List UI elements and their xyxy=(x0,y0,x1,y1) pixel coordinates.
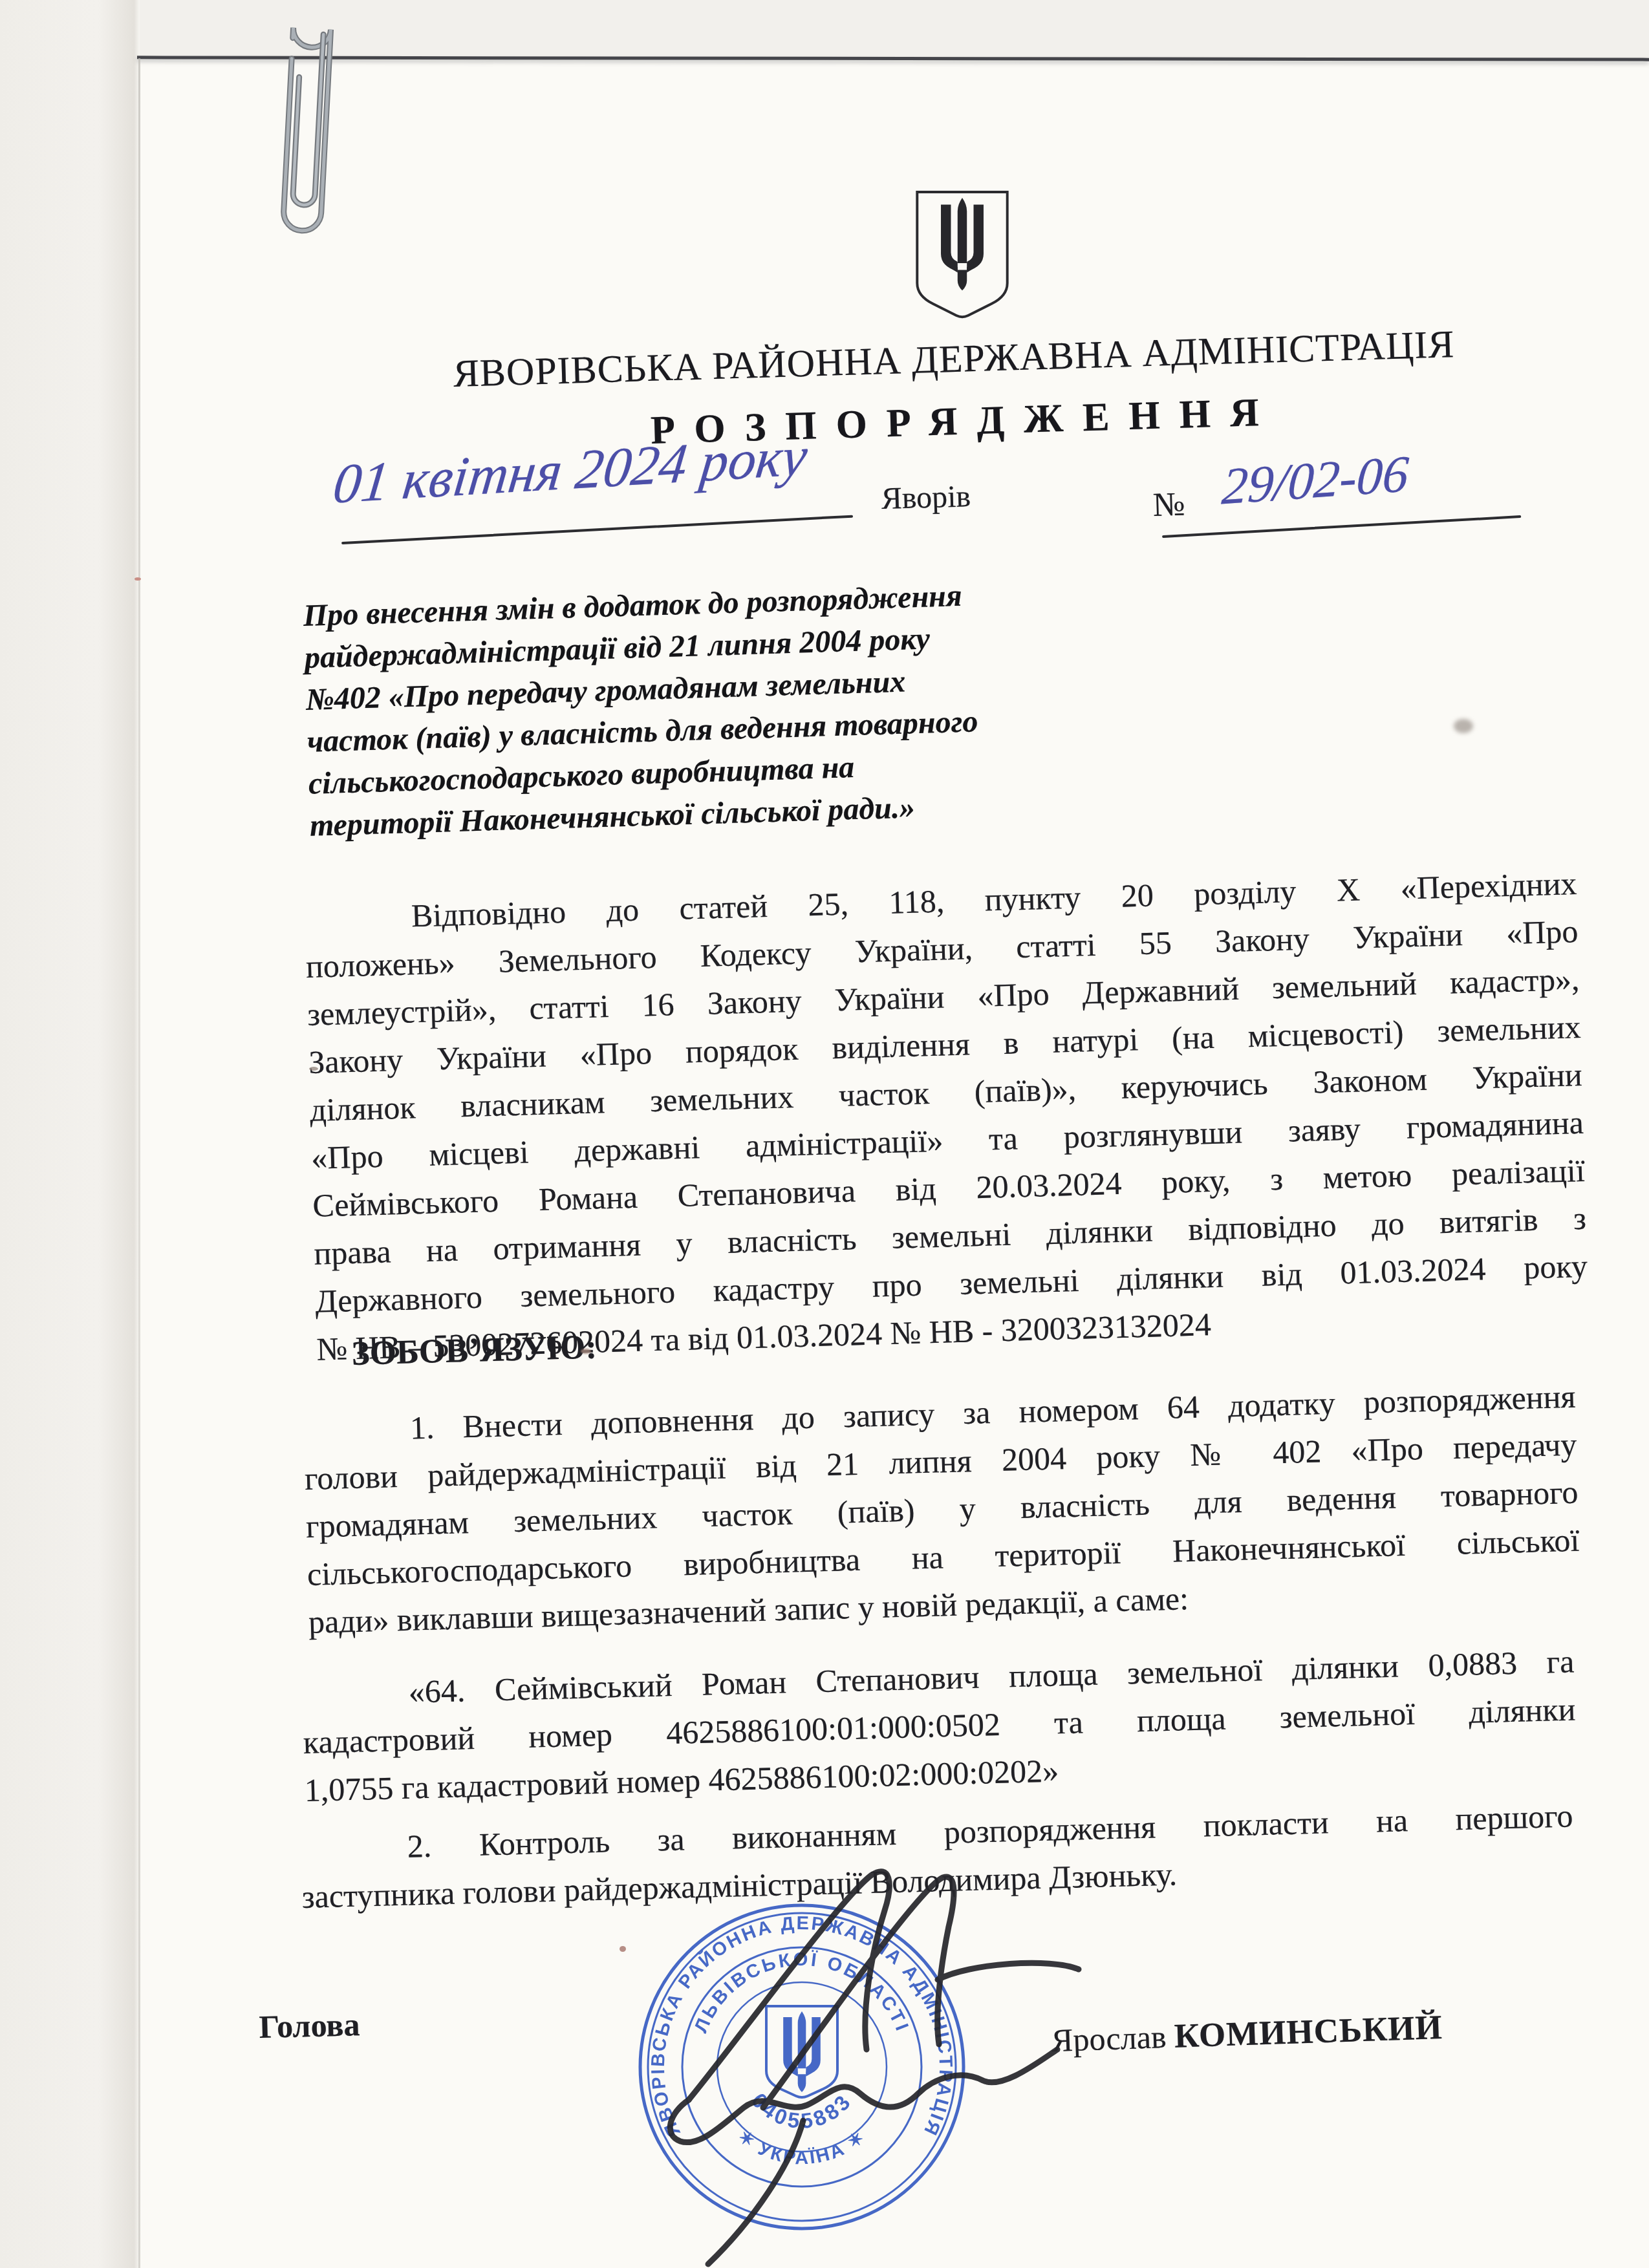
handwritten-number: 29/02-06 xyxy=(1220,445,1411,517)
scanned-document: { "document": { "org_name": "ЯВОРІВСЬКА … xyxy=(0,0,1649,2268)
city-label: Яворів xyxy=(881,478,971,517)
signatory-last-name: КОМИНСЬКИЙ xyxy=(1174,2009,1443,2055)
handwritten-date: 01 квітня 2024 року xyxy=(330,423,810,517)
scanner-background-top xyxy=(0,0,1649,58)
oblige-word: ЗОБОВ’ЯЗУЮ: xyxy=(351,1327,598,1373)
intro-paragraph: Відповідно до статей 25, 118, пункту 20 … xyxy=(304,859,1590,1373)
number-underline xyxy=(1162,515,1521,538)
subject-heading: Про внесення змін в додаток до розпорядж… xyxy=(303,571,1099,847)
scan-speck xyxy=(1454,719,1473,733)
scan-speck xyxy=(620,1946,626,1952)
scan-speck xyxy=(581,1349,591,1354)
signatory-title: Голова xyxy=(259,2006,360,2046)
paragraph-1: 1. Внести доповнення до запису за номеро… xyxy=(303,1373,1581,1646)
page-left-edge xyxy=(138,58,140,2268)
date-underline xyxy=(341,515,853,544)
scan-speck xyxy=(309,1067,318,1071)
scan-speck xyxy=(135,577,141,581)
signature-ink xyxy=(634,1836,1125,2268)
number-label: № xyxy=(1152,486,1185,524)
paragraph-64-record: «64. Сеймівський Роман Степанович площа … xyxy=(301,1637,1577,1813)
org-name: ЯВОРІВСЬКА РАЙОННА ДЕРЖАВНА АДМІНІСТРАЦІ… xyxy=(453,321,1501,396)
ukraine-trident-emblem xyxy=(913,190,1011,319)
scanner-background-left xyxy=(0,0,140,2268)
paper-clip-icon xyxy=(272,0,356,246)
